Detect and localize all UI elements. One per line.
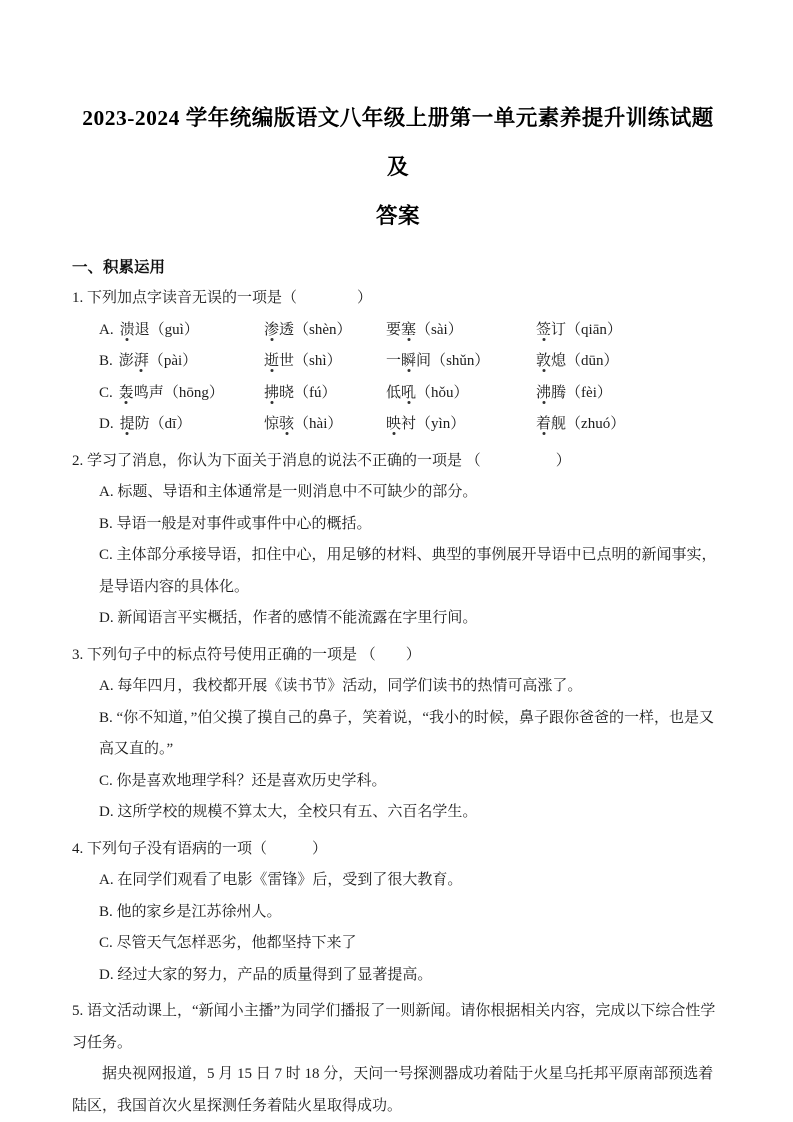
pinyin-value: dī (165, 416, 177, 432)
word-pinyin-cell: 逝世（shì） (264, 346, 386, 378)
word: 惊骇 (264, 416, 294, 432)
word-pinyin-cell: B.澎湃（pài） (99, 346, 264, 378)
word-char: 塞 (401, 322, 416, 338)
word-char: 澎 (119, 353, 134, 369)
word: 逝世 (264, 353, 294, 369)
word-char: 防 (135, 416, 150, 432)
pinyin-value: guì (165, 322, 184, 338)
option-letter: D. (99, 416, 114, 432)
pinyin-option-row: A.溃退（guì）渗透（shèn）要塞（sài）签订（qiān） (72, 315, 724, 347)
news-paragraph: 据央视网报道，5 月 15 日 7 时 18 分，天问一号探测器成功着陆于火星乌… (72, 1059, 724, 1122)
word-char: 衬 (401, 416, 416, 432)
word: 轰鸣声 (119, 385, 164, 401)
word-pinyin-cell: 渗透（shèn） (264, 315, 386, 347)
question-stem: 2. 学习了消息，你认为下面关于消息的说法不正确的一项是 （ ） (72, 446, 724, 478)
option-letter: B. (99, 353, 113, 369)
word: 溃退 (120, 322, 150, 338)
word-char: 世 (279, 353, 294, 369)
word-pinyin-cell: C.轰鸣声（hōng） (99, 378, 264, 410)
word-pinyin-cell: 惊骇（hài） (264, 409, 386, 441)
word-char: 退 (135, 322, 150, 338)
pinyin-value: fèi (581, 385, 597, 401)
word: 敦熄 (536, 353, 566, 369)
word: 提防 (120, 416, 150, 432)
pinyin-option-row: B.澎湃（pài）逝世（shì）一瞬间（shǔn）敦熄（dūn） (72, 346, 724, 378)
pinyin: （fú） (294, 385, 337, 401)
word-char: 透 (279, 322, 294, 338)
word-char: 舰 (551, 416, 566, 432)
word-char: 鸣 (134, 385, 149, 401)
question-stem: 5. 语文活动课上，“新闻小主播”为同学们播报了一则新闻。请你根据相关内容，完成… (72, 996, 724, 1059)
word-pinyin-cell: 要塞（sài） (386, 315, 536, 347)
answer-option: A. 标题、导语和主体通常是一则消息中不可缺少的部分。 (72, 477, 724, 509)
word-char: 轰 (119, 385, 134, 401)
section-heading: 一、积累运用 (72, 253, 724, 283)
question-stem: 1. 下列加点字读音无误的一项是（ ） (72, 283, 724, 315)
title-line-1: 2023-2024 学年统编版语文八年级上册第一单元素养提升训练试题及 (72, 94, 724, 192)
word-char: 一 (386, 353, 401, 369)
document-page: 2023-2024 学年统编版语文八年级上册第一单元素养提升训练试题及 答案 一… (0, 0, 793, 1122)
answer-option: B. 他的家乡是江苏徐州人。 (72, 897, 724, 929)
word-pinyin-cell: 低吼（hǒu） (386, 378, 536, 410)
pinyin: （shì） (294, 353, 342, 369)
word-char: 订 (551, 322, 566, 338)
word: 一瞬间 (386, 353, 431, 369)
word: 要塞 (386, 322, 416, 338)
word: 拂晓 (264, 385, 294, 401)
questions-list: 1. 下列加点字读音无误的一项是（ ）A.溃退（guì）渗透（shèn）要塞（s… (72, 283, 724, 1122)
option-letter: C. (99, 385, 113, 401)
pinyin: （dūn） (566, 353, 619, 369)
pinyin-value: sài (431, 322, 448, 338)
word-char: 吼 (401, 385, 416, 401)
word-char: 映 (386, 416, 401, 432)
word: 低吼 (386, 385, 416, 401)
word: 沸腾 (536, 385, 566, 401)
pinyin: （hǒu） (416, 385, 469, 401)
pinyin: （guì） (150, 322, 199, 338)
pinyin-value: shǔn (446, 353, 474, 369)
word-char: 腾 (551, 385, 566, 401)
word-pinyin-cell: 签订（qiān） (536, 315, 724, 347)
word: 渗透 (264, 322, 294, 338)
word-char: 低 (386, 385, 401, 401)
pinyin-value: hǒu (431, 385, 454, 401)
answer-option: D. 经过大家的努力，产品的质量得到了显著提高。 (72, 960, 724, 992)
word-char: 溃 (120, 322, 135, 338)
pinyin-value: pài (164, 353, 182, 369)
pinyin: （fèi） (566, 385, 612, 401)
word: 澎湃 (119, 353, 149, 369)
word-char: 逝 (264, 353, 279, 369)
pinyin: （yìn） (416, 416, 465, 432)
pinyin-option-row: D.提防（dī）惊骇（hài）映衬（yìn）着舰（zhuó） (72, 409, 724, 441)
question-1: 1. 下列加点字读音无误的一项是（ ）A.溃退（guì）渗透（shèn）要塞（s… (72, 283, 724, 441)
word: 签订 (536, 322, 566, 338)
word-pinyin-cell: 映衬（yìn） (386, 409, 536, 441)
answer-option: C. 主体部分承接导语，扣住中心，用足够的材料、典型的事例展开导语中已点明的新闻… (72, 540, 724, 603)
word-char: 骇 (279, 416, 294, 432)
question-stem: 4. 下列句子没有语病的一项（ ） (72, 834, 724, 866)
answer-option: D. 这所学校的规模不算太大，全校只有五、六百名学生。 (72, 797, 724, 829)
pinyin-value: shì (309, 353, 327, 369)
question-3: 3. 下列句子中的标点符号使用正确的一项是 （ ）A. 每年四月，我校都开展《读… (72, 640, 724, 829)
pinyin: （qiān） (566, 322, 622, 338)
pinyin-value: yìn (431, 416, 450, 432)
question-stem: 3. 下列句子中的标点符号使用正确的一项是 （ ） (72, 640, 724, 672)
word-char: 晓 (279, 385, 294, 401)
answer-option: D. 新闻语言平实概括，作者的感情不能流露在字里行间。 (72, 603, 724, 635)
pinyin-value: hōng (179, 385, 209, 401)
word-pinyin-cell: 拂晓（fú） (264, 378, 386, 410)
answer-option: C. 尽管天气怎样恶劣，他都坚持下来了 (72, 928, 724, 960)
word-char: 瞬 (401, 353, 416, 369)
word-pinyin-cell: D.提防（dī） (99, 409, 264, 441)
pinyin-value: zhuó (581, 416, 610, 432)
pinyin: （sài） (416, 322, 463, 338)
word-char: 惊 (264, 416, 279, 432)
pinyin-value: shèn (309, 322, 337, 338)
pinyin: （shèn） (294, 322, 352, 338)
word: 着舰 (536, 416, 566, 432)
pinyin: （hài） (294, 416, 342, 432)
pinyin-value: dūn (581, 353, 604, 369)
word-pinyin-cell: 敦熄（dūn） (536, 346, 724, 378)
word-char: 渗 (264, 322, 279, 338)
pinyin: （dī） (150, 416, 192, 432)
word: 映衬 (386, 416, 416, 432)
option-letter: A. (99, 322, 114, 338)
pinyin-value: qiān (581, 322, 607, 338)
answer-option: C. 你是喜欢地理学科？还是喜欢历史学科。 (72, 766, 724, 798)
word-char: 要 (386, 322, 401, 338)
answer-option: A. 每年四月，我校都开展《读书节》活动，同学们读书的热情可高涨了。 (72, 671, 724, 703)
word-char: 间 (416, 353, 431, 369)
word-char: 签 (536, 322, 551, 338)
word-char: 提 (120, 416, 135, 432)
question-5: 5. 语文活动课上，“新闻小主播”为同学们播报了一则新闻。请你根据相关内容，完成… (72, 996, 724, 1122)
word-pinyin-cell: 沸腾（fèi） (536, 378, 724, 410)
answer-option: B. 导语一般是对事件或事件中心的概括。 (72, 509, 724, 541)
title-line-2: 答案 (72, 192, 724, 241)
question-4: 4. 下列句子没有语病的一项（ ）A. 在同学们观看了电影《雷锋》后，受到了很大… (72, 834, 724, 992)
word-pinyin-cell: 一瞬间（shǔn） (386, 346, 536, 378)
pinyin: （zhuó） (566, 416, 625, 432)
pinyin: （shǔn） (431, 353, 489, 369)
pinyin-option-row: C.轰鸣声（hōng）拂晓（fú）低吼（hǒu）沸腾（fèi） (72, 378, 724, 410)
document-title: 2023-2024 学年统编版语文八年级上册第一单元素养提升训练试题及 答案 (72, 94, 724, 241)
pinyin: （hōng） (164, 385, 224, 401)
word-char: 着 (536, 416, 551, 432)
word-char: 熄 (551, 353, 566, 369)
word-char: 声 (149, 385, 164, 401)
pinyin-value: hài (309, 416, 327, 432)
word-char: 敦 (536, 353, 551, 369)
pinyin-value: fú (309, 385, 322, 401)
answer-option: B. “你不知道，”伯父摸了摸自己的鼻子，笑着说，“我小的时候，鼻子跟你爸爸的一… (72, 703, 724, 766)
question-2: 2. 学习了消息，你认为下面关于消息的说法不正确的一项是 （ ）A. 标题、导语… (72, 446, 724, 635)
word-char: 拂 (264, 385, 279, 401)
word-pinyin-cell: 着舰（zhuó） (536, 409, 724, 441)
word-char: 沸 (536, 385, 551, 401)
pinyin: （pài） (149, 353, 197, 369)
word-char: 湃 (134, 353, 149, 369)
word-pinyin-cell: A.溃退（guì） (99, 315, 264, 347)
answer-option: A. 在同学们观看了电影《雷锋》后，受到了很大教育。 (72, 865, 724, 897)
